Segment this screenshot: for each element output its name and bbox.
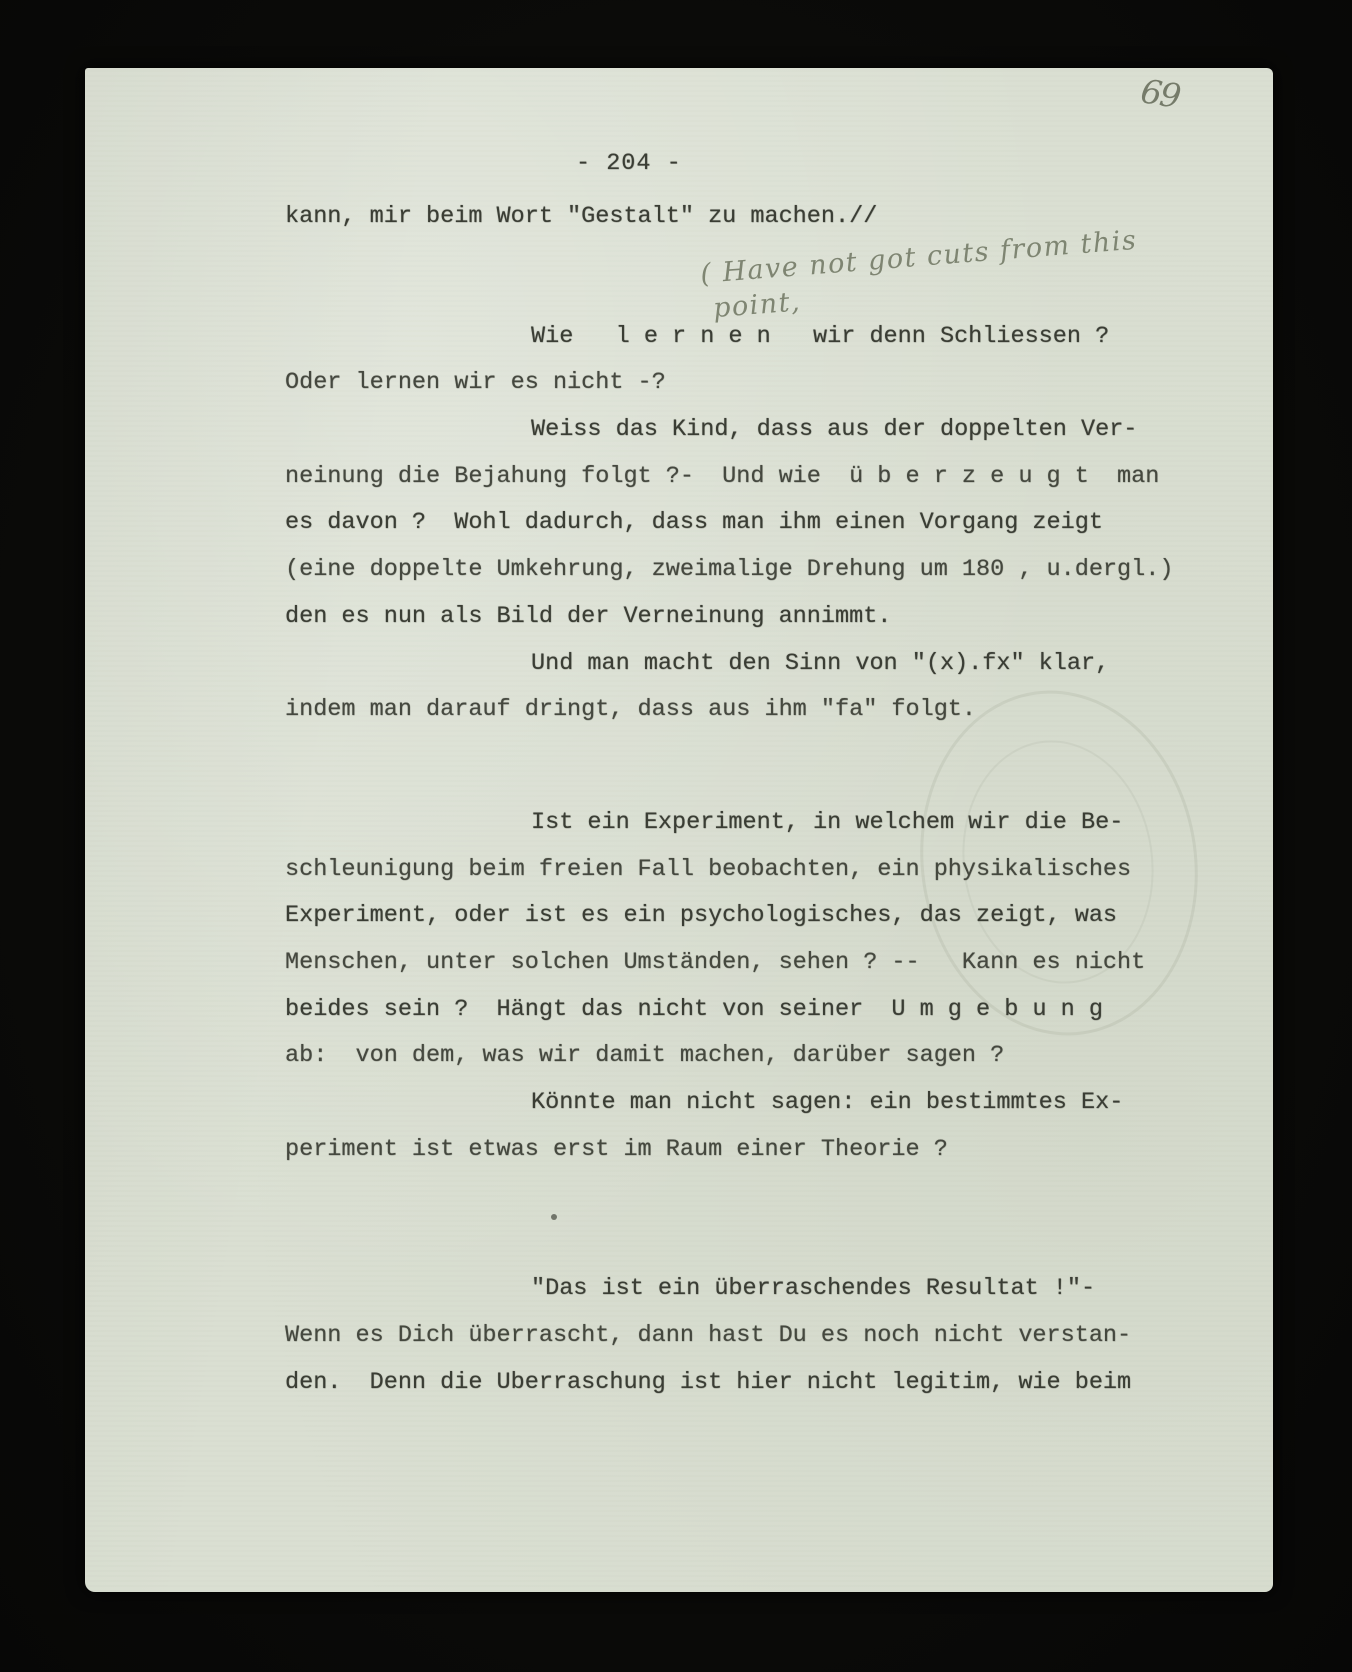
typescript-line: Menschen, unter solchen Umständen, sehen…: [285, 940, 1270, 987]
typescript-line: indem man darauf dringt, dass aus ihm "f…: [285, 687, 1270, 734]
typescript-paragraph: "Das ist ein überraschendes Resultat !"-…: [285, 1266, 1270, 1406]
page-number: - 204 -: [576, 150, 682, 177]
typescript-line: Und man macht den Sinn von "(x).fx" klar…: [285, 641, 1270, 688]
typescript-line: ab: von dem, was wir damit machen, darüb…: [285, 1033, 1270, 1080]
typescript-paragraph: Wie l e r n e n wir denn Schliessen ?Ode…: [285, 314, 1270, 407]
typescript-line: periment ist etwas erst im Raum einer Th…: [285, 1127, 1270, 1174]
typescript-section: Ist ein Experiment, in welchem wir die B…: [285, 800, 1270, 1174]
typescript-line: Oder lernen wir es nicht -?: [285, 360, 1270, 407]
typescript-line: den. Denn die Uberraschung ist hier nich…: [285, 1360, 1270, 1407]
typescript-paragraph: Weiss das Kind, dass aus der doppelten V…: [285, 407, 1270, 640]
typescript-line: (eine doppelte Umkehrung, zweimalige Dre…: [285, 547, 1270, 594]
typescript-section: Wie l e r n e n wir denn Schliessen ?Ode…: [285, 314, 1270, 734]
typescript-section: "Das ist ein überraschendes Resultat !"-…: [285, 1266, 1270, 1406]
typescript-line: Weiss das Kind, dass aus der doppelten V…: [285, 407, 1270, 454]
typescript-body: kann, mir beim Wort "Gestalt" zu machen.…: [285, 194, 1270, 1406]
typescript-page: 69 - 204 - kann, mir beim Wort "Gestalt"…: [85, 68, 1273, 1592]
folio-number-annotation: 69: [1138, 71, 1182, 115]
typescript-line: Könnte man nicht sagen: ein bestimmtes E…: [285, 1080, 1270, 1127]
typescript-line: neinung die Bejahung folgt ?- Und wie ü …: [285, 454, 1270, 501]
typescript-line: beides sein ? Hängt das nicht von seiner…: [285, 987, 1270, 1034]
stray-ink-mark: [551, 1214, 557, 1220]
typescript-line: es davon ? Wohl dadurch, dass man ihm ei…: [285, 500, 1270, 547]
typescript-paragraph: Und man macht den Sinn von "(x).fx" klar…: [285, 641, 1270, 734]
typescript-paragraph: Ist ein Experiment, in welchem wir die B…: [285, 800, 1270, 1080]
scan-background: 69 - 204 - kann, mir beim Wort "Gestalt"…: [0, 0, 1352, 1672]
typescript-line: "Das ist ein überraschendes Resultat !"-: [285, 1266, 1270, 1313]
typescript-paragraph: Könnte man nicht sagen: ein bestimmtes E…: [285, 1080, 1270, 1173]
typescript-line: Experiment, oder ist es ein psychologisc…: [285, 893, 1270, 940]
typescript-line: schleunigung beim freien Fall beobachten…: [285, 847, 1270, 894]
typescript-line: Ist ein Experiment, in welchem wir die B…: [285, 800, 1270, 847]
typescript-line: den es nun als Bild der Verneinung annim…: [285, 594, 1270, 641]
typescript-line: Wenn es Dich überrascht, dann hast Du es…: [285, 1313, 1270, 1360]
